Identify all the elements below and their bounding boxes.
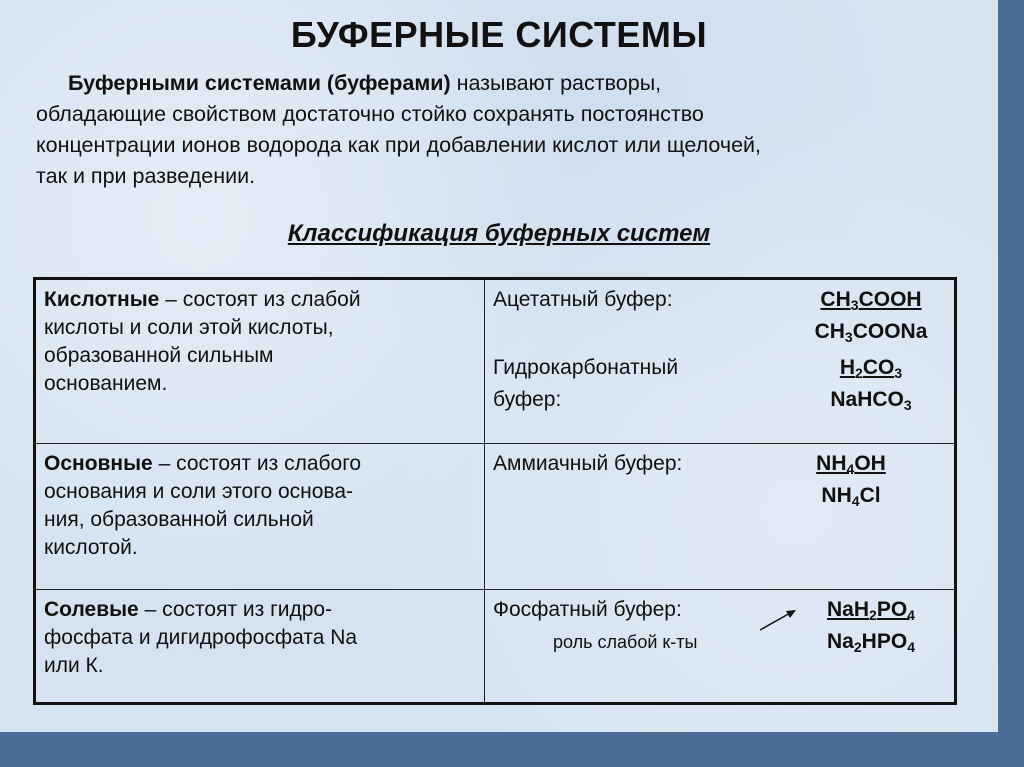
formula-ammonium-hydroxide: NH4OH [776,450,926,478]
table-row-acidic: Кислотные – состоят из слабой кислоты и … [35,279,956,444]
formula-carbonic-acid: H2CO3 [796,354,946,382]
buffer-cell: Ацетатный буфер:CH3COOH CH3COONa Гидрока… [485,279,956,444]
formula-disodium-hydrogen-phosphate: Na2HPO4 [796,628,946,656]
formula-sodium-dihydrogen-phosphate: NaH2PO4 [796,596,946,624]
formula-sodium-bicarbonate: NaHCO3 [796,386,946,414]
intro-line-4: так и при разведении. [36,161,956,192]
slide: БУФЕРНЫЕ СИСТЕМЫ Буферными системами (бу… [0,0,998,732]
formula-ammonium-chloride: NH4Cl [776,482,926,510]
intro-line-1: Буферными системами (буферами) называют … [36,68,956,99]
classification-heading: Классификация буферных систем [0,220,998,248]
table-row-basic: Основные – состоят из слабого основания … [35,444,956,590]
intro-line-3: концентрации ионов водорода как при доба… [36,130,956,161]
intro-term: Буферными системами (буферами) [68,71,451,95]
table-row-salt: Солевые – состоят из гидро- фосфата и ди… [35,589,956,703]
weak-acid-note: роль слабой к-ты [493,628,796,656]
formula-sodium-acetate: CH3COONa [796,318,946,346]
intro-line-2: обладающие свойством достаточно стойко с… [36,99,956,130]
formula-acetic-acid: CH3COOH [796,286,946,314]
classification-table: Кислотные – состоят из слабой кислоты и … [33,277,957,705]
slide-title: БУФЕРНЫЕ СИСТЕМЫ [0,14,998,56]
buffer-cell: Фосфатный буфер:NaH2PO4 роль слабой к-ты… [485,589,956,703]
desc-cell: Кислотные – состоят из слабой кислоты и … [35,279,485,444]
desc-cell: Основные – состоят из слабого основания … [35,444,485,590]
intro-paragraph: Буферными системами (буферами) называют … [36,68,956,192]
desc-cell: Солевые – состоят из гидро- фосфата и ди… [35,589,485,703]
buffer-cell: Аммиачный буфер:NH4OH NH4Cl [485,444,956,590]
arrow-icon [758,594,798,634]
